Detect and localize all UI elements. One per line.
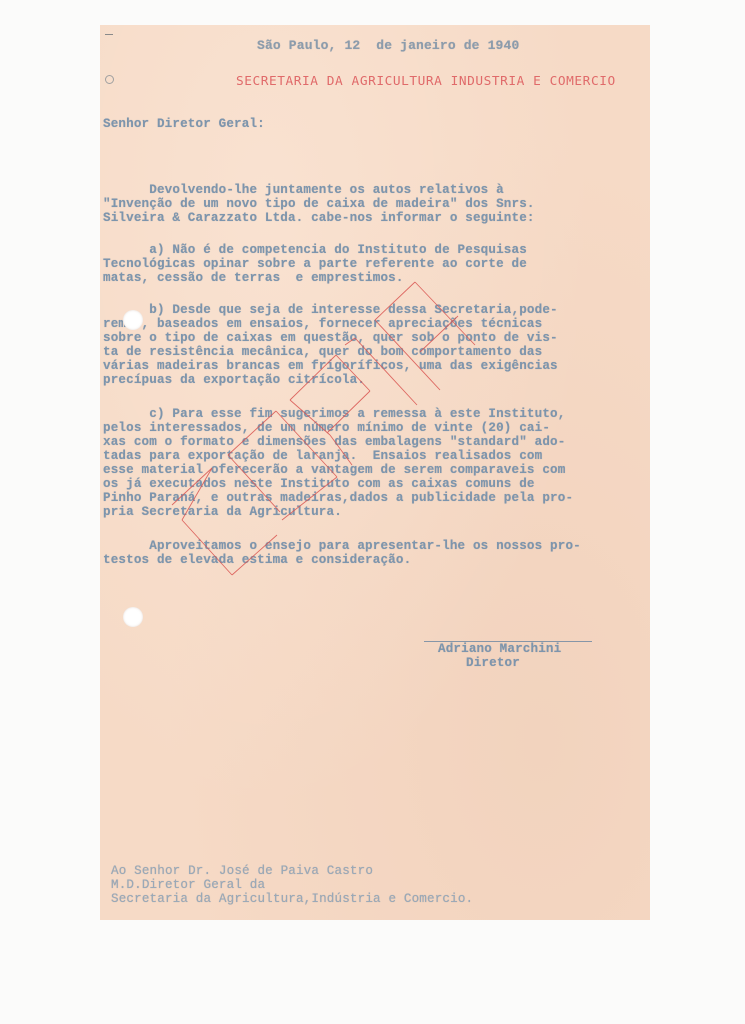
addressee-line: Secretaria da Agricultura,Indústria e Co…: [111, 892, 473, 907]
text-line: xas com o formato e dimensões das embala…: [103, 435, 565, 450]
text-line: testos de elevada estima e consideração.: [103, 553, 411, 568]
text-line: pria Secretaria da Agricultura.: [103, 505, 342, 520]
margin-tick-mark: [105, 34, 113, 35]
text-line: Pinho Paraná, e outras madeiras,dados a …: [103, 491, 573, 506]
signature-title: Diretor: [466, 656, 520, 671]
text-line: b) Desde que seja de interesse dessa Sec…: [103, 303, 558, 318]
text-line: "Invenção de um novo tipo de caixa de ma…: [103, 197, 535, 212]
circle-mark-icon: [105, 75, 114, 84]
text-line: a) Não é de competencia do Instituto de …: [103, 243, 527, 258]
text-line: pelos interessados, de um número mínimo …: [103, 421, 550, 436]
text-line: várias madeiras brancas em frigoríficos,…: [103, 359, 558, 374]
letterhead-title: SECRETARIA DA AGRICULTURA INDUSTRIA E CO…: [236, 74, 616, 89]
salutation: Senhor Diretor Geral:: [103, 117, 265, 132]
text-line: esse material oferecerão a vantagem de s…: [103, 463, 565, 478]
text-line: matas, cessão de terras e emprestimos.: [103, 271, 404, 286]
text-line: c) Para esse fim sugerimos a remessa à e…: [103, 407, 565, 422]
text-line: precípuas da exportação citrícola.: [103, 373, 365, 388]
text-line: Silveira & Carazzato Ltda. cabe-nos info…: [103, 211, 535, 226]
text-line: ta de resistência mecânica, quer do bom …: [103, 345, 542, 360]
date-line: São Paulo, 12 de janeiro de 1940: [257, 39, 519, 54]
signature-name: Adriano Marchini: [438, 642, 561, 657]
punch-hole-upper: [123, 310, 143, 330]
text-line: Tecnológicas opinar sobre a parte refere…: [103, 257, 527, 272]
text-line: Aproveitamos o ensejo para apresentar-lh…: [103, 539, 581, 554]
text-line: remos, baseados em ensaios, fornecer apr…: [103, 317, 542, 332]
addressee-line: M.D.Diretor Geral da: [111, 878, 265, 893]
punch-hole-lower: [123, 607, 143, 627]
text-line: tadas para exportação de laranja. Ensaio…: [103, 449, 542, 464]
text-line: sobre o tipo de caixas em questão, quer …: [103, 331, 558, 346]
addressee-line: Ao Senhor Dr. José de Paiva Castro: [111, 864, 373, 879]
text-line: os já executados neste Instituto com as …: [103, 477, 535, 492]
text-line: Devolvendo-lhe juntamente os autos relat…: [103, 183, 504, 198]
